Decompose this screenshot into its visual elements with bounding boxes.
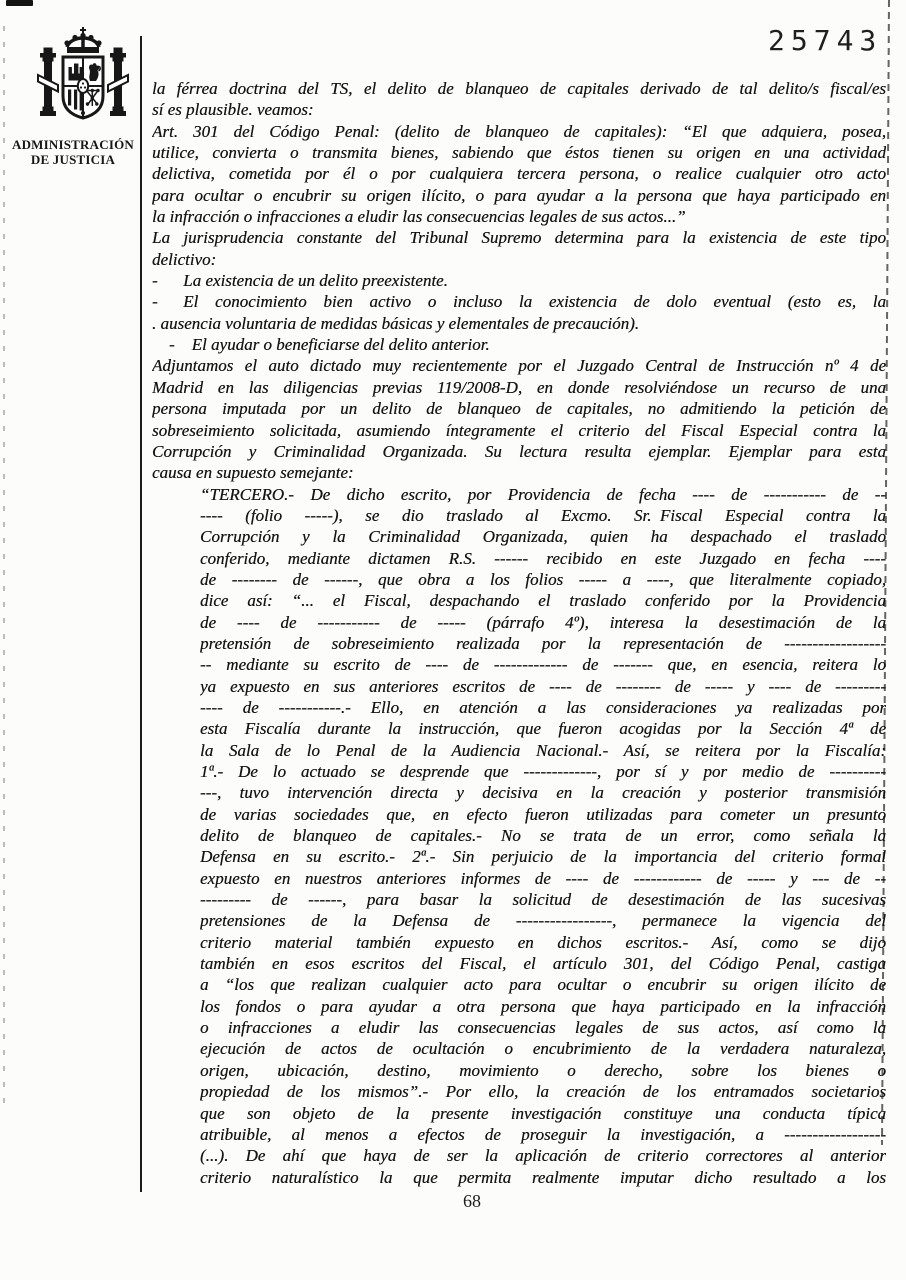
text-line: conferido, mediante dictamen R.S. ------… — [200, 548, 886, 569]
letterhead-emblem — [32, 26, 134, 138]
text-line: ---- de -----------.- Ello, en atención … — [200, 697, 886, 718]
text-line: --------- de ------, para basar la solic… — [200, 889, 886, 910]
text-line: - El conocimiento bien activo o incluso … — [152, 291, 886, 312]
text-line: ---- (folio -----), se dio traslado al E… — [200, 505, 886, 526]
text-line: los fondos o para ayudar a otra persona … — [200, 996, 886, 1017]
text-line: persona imputada por un delito de blanqu… — [152, 398, 886, 419]
text-line: - La existencia de un delito preexistent… — [152, 270, 886, 291]
text-line: - El ayudar o beneficiarse del delito an… — [152, 334, 886, 355]
margin-divider — [140, 36, 142, 1192]
text-line: ---, tuvo intervención directa y decisiv… — [200, 782, 886, 803]
text-line: delictiva, cometida por él o por cualqui… — [152, 163, 886, 184]
org-name: ADMINISTRACIÓN DE JUSTICIA — [0, 137, 146, 167]
text-line: Madrid en las diligencias previas 119/20… — [152, 377, 886, 398]
text-line: esta Fiscalía durante la instrucción, qu… — [200, 718, 886, 739]
stamp-number: 25743 — [768, 24, 882, 57]
text-line: también en esos escritos del Fiscal, el … — [200, 953, 886, 974]
org-name-line2: DE JUSTICIA — [0, 152, 146, 167]
text-line: -- mediante su escrito de ---- de ------… — [200, 654, 886, 675]
scanned-document-page: 25743 — [0, 0, 906, 1280]
text-line: delito de blanqueo de capitales.- No se … — [200, 825, 886, 846]
text-line: “TERCERO.- De dicho escrito, por Provide… — [200, 484, 886, 505]
text-line: La jurisprudencia constante del Tribunal… — [152, 227, 886, 248]
text-line: de ---- de ----------- de ----- (párrafo… — [200, 612, 886, 633]
text-line: Corrupción y Criminalidad Organizada. Su… — [152, 441, 886, 462]
text-line: Defensa en su escrito.- 2ª.- Sin perjuic… — [200, 846, 886, 867]
text-line: atribuible, al menos a efectos de proseg… — [200, 1124, 886, 1145]
text-line: ya expuesto en sus anteriores escritos d… — [200, 676, 886, 697]
text-line: sobreseimiento solicitada, asumiendo ínt… — [152, 420, 886, 441]
org-name-line1: ADMINISTRACIÓN — [0, 137, 146, 152]
text-line: criterio material también expuesto en di… — [200, 932, 886, 953]
text-line: que son objeto de la presente investigac… — [200, 1103, 886, 1124]
text-line: (...). De ahí que haya de ser la aplicac… — [200, 1145, 886, 1166]
text-line: dice así: “... el Fiscal, despachando el… — [200, 590, 886, 611]
page-number: 68 — [152, 1191, 792, 1212]
text-line: utilice, convierta o transmita bienes, s… — [152, 142, 886, 163]
text-line: Art. 301 del Código Penal: (delito de bl… — [152, 121, 886, 142]
text-line: 1ª.- De lo actuado se desprende que ----… — [200, 761, 886, 782]
scan-artifact-left-edge — [3, 26, 5, 1111]
text-line: origen, ubicación, destino, movimiento o… — [200, 1060, 886, 1081]
quoted-ruling-block: “TERCERO.- De dicho escrito, por Provide… — [152, 484, 886, 1188]
text-line: delictivo: — [152, 249, 886, 270]
text-line: o infracciones a eludir las consecuencia… — [200, 1017, 886, 1038]
spanish-coat-of-arms-icon — [32, 26, 134, 138]
text-line: causa en supuesto semejante: — [152, 462, 886, 483]
text-line: expuesto en nuestros anteriores informes… — [200, 868, 886, 889]
text-line: sí es plausible. veamos: — [152, 99, 886, 120]
text-line: criterio naturalístico la que permita re… — [200, 1167, 886, 1188]
text-line: Adjuntamos el auto dictado muy recientem… — [152, 355, 886, 376]
text-line: de -------- de ------, que obra a los fo… — [200, 569, 886, 590]
text-line: la férrea doctrina del TS, el delito de … — [152, 78, 886, 99]
text-line: la infracción o infracciones a eludir la… — [152, 206, 886, 227]
scan-artifact-corner — [6, 0, 33, 6]
text-line: Corrupción y la Criminalidad Organizada,… — [200, 526, 886, 547]
body-text-block: la férrea doctrina del TS, el delito de … — [152, 78, 886, 484]
text-line: pretensión de sobreseimiento realizada p… — [200, 633, 886, 654]
text-line: la Sala de lo Penal de la Audiencia Naci… — [200, 740, 886, 761]
text-line: . ausencia voluntaria de medidas básicas… — [152, 313, 886, 334]
text-line: pretensiones de la Defensa de ----------… — [200, 910, 886, 931]
text-line: a “los que realizan cualquier acto para … — [200, 974, 886, 995]
text-line: de varias sociedades que, en efecto fuer… — [200, 804, 886, 825]
document-body: la férrea doctrina del TS, el delito de … — [152, 78, 886, 1188]
text-line: propiedad de los mismos”.- Por ello, la … — [200, 1081, 886, 1102]
text-line: para ocultar o encubrir su origen ilícit… — [152, 185, 886, 206]
text-line: ejecución de actos de ocultación o encub… — [200, 1038, 886, 1059]
